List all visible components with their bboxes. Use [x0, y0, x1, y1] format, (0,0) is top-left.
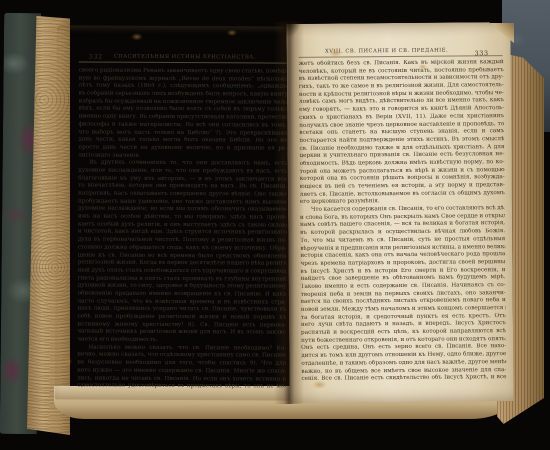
foxing-spot [129, 32, 145, 42]
right-running-title: XVIII. СВ. ПИСАНІЕ И СВ. ПРЕДАНІЕ. [299, 47, 475, 55]
left-head-rule [79, 61, 287, 63]
foxing-spot [63, 355, 73, 367]
text-line: сенія. Все св. Писаніе есть свидѣтельств… [301, 374, 506, 383]
left-page: 332 СПАСИТЕЛЬНЫЯ ИСТИНЫ ХРИСТІАНСТВА. св… [55, 25, 293, 400]
right-page-text: жетъ обойтись безъ св. Писанія. Какъ въ … [299, 59, 507, 397]
left-running-title: СПАСИТЕЛЬНЫЯ ИСТИНЫ ХРИСТІАНСТВА. [87, 54, 283, 61]
right-head-rule [299, 55, 503, 58]
left-running-head: 332 СПАСИТЕЛЬНЫЯ ИСТИНЫ ХРИСТІАНСТВА. [57, 52, 293, 53]
left-page-text: своего раціонализма Ренанъ заканчиваетъ … [77, 67, 288, 394]
right-running-head: XVIII. СВ. ПИСАНІЕ И СВ. ПРЕДАНІЕ. 333 [287, 46, 511, 48]
photo-open-book: 332 СПАСИТЕЛЬНЫЯ ИСТИНЫ ХРИСТІАНСТВА. св… [0, 0, 550, 450]
right-page: XVIII. СВ. ПИСАНІЕ И СВ. ПРЕДАНІЕ. 333 ж… [286, 22, 513, 403]
text-line: самостоятельно удостовѣриться въ предмет… [77, 383, 286, 392]
foxing-spot [225, 28, 239, 37]
